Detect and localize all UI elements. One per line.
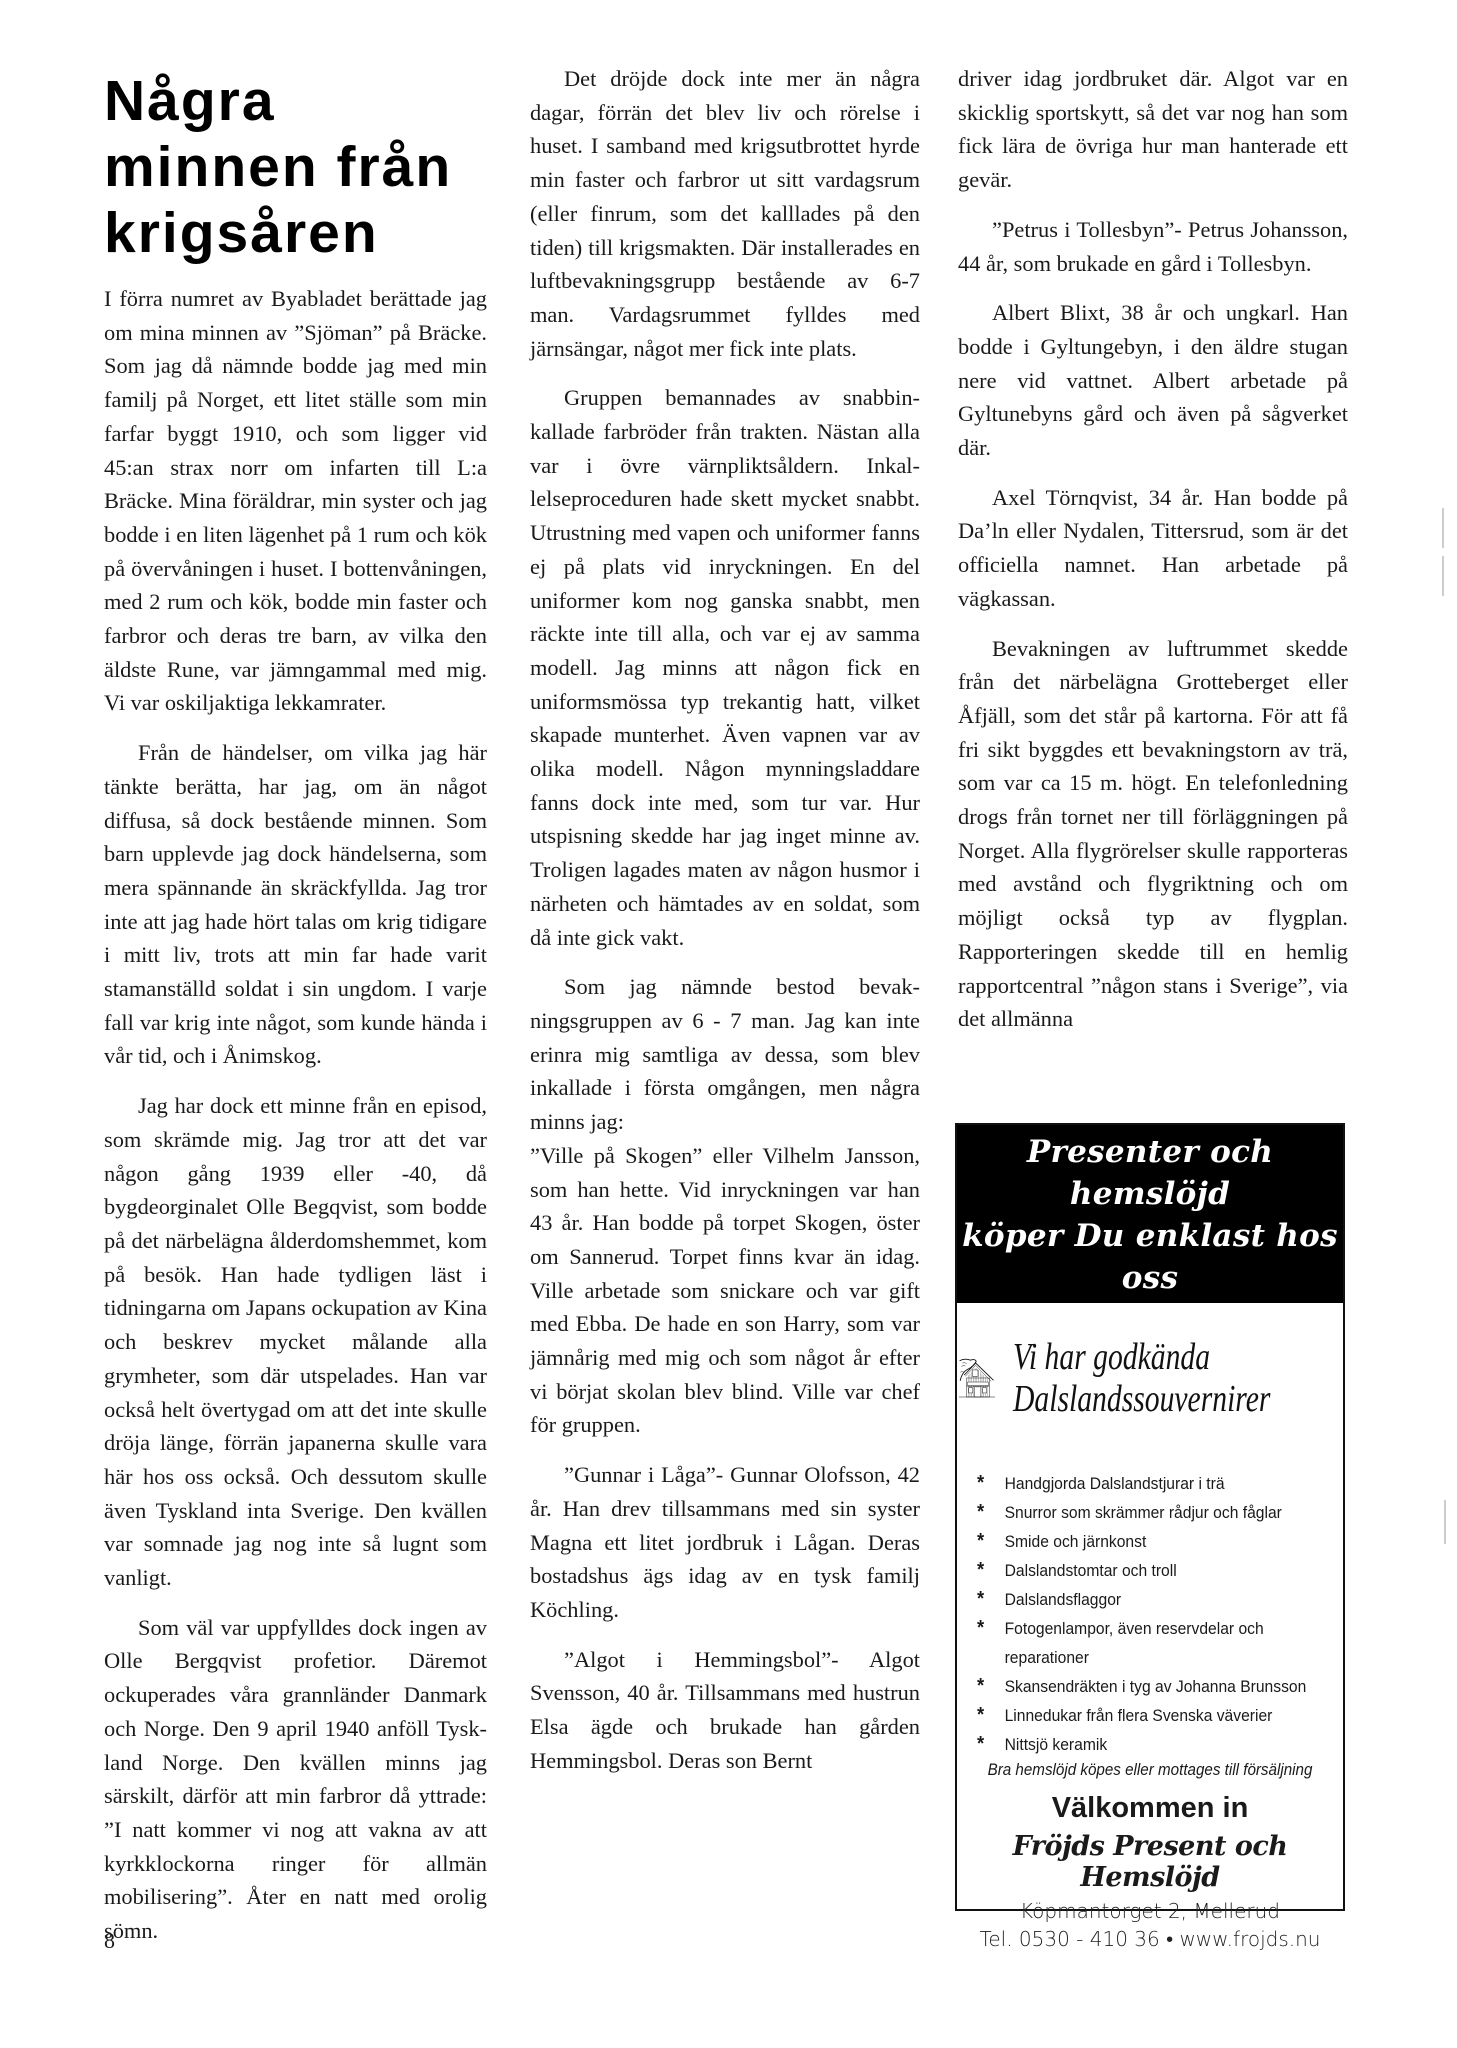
article-paragraph: Gruppen bemannades av snabbin­kallade fa…: [530, 381, 920, 954]
ad-product-label: Dalslandstomtar och troll: [1005, 1561, 1177, 1580]
asterisk-bullet-icon: *: [977, 1556, 984, 1585]
ad-top-row: Vi har godkända Dalslandssouvernirer: [957, 1303, 1343, 1453]
ad-product-label: Skansendräkten i tyg av Johanna Brunsson: [1005, 1677, 1307, 1696]
asterisk-bullet-icon: *: [977, 1498, 984, 1527]
advertisement-box: Presenter och hemslöjd köper Du enklast …: [955, 1123, 1345, 1911]
shop-house-illustration-icon: [959, 1308, 995, 1448]
ad-shop-name: Fröjds Present och Hemslöjd: [957, 1831, 1343, 1893]
article-column-1: Några minnen från krigsåren I förra numr…: [104, 62, 487, 1964]
scan-artifact: [1444, 1500, 1446, 1544]
asterisk-bullet-icon: *: [977, 1527, 984, 1556]
ad-product-label: Smide och järnkonst: [1005, 1532, 1147, 1551]
article-paragraph-continued: driver idag jordbruket där. Algot var en…: [958, 62, 1348, 197]
article-column-3: driver idag jordbruket där. Algot var en…: [958, 62, 1348, 1052]
ad-product-item: *Skansendräkten i tyg av Johanna Brunsso…: [977, 1672, 1336, 1701]
scan-artifact: [1442, 556, 1444, 596]
asterisk-bullet-icon: *: [977, 1730, 984, 1759]
ad-product-label: Nittsjö keramik: [1005, 1735, 1108, 1754]
ad-product-label: Handgjorda Dalslandstjurar i trä: [1005, 1474, 1225, 1493]
article-paragraph: ”Algot i Hemmingsbol”- Algot Svensson, 4…: [530, 1643, 920, 1778]
article-paragraph: Som väl var uppfylldes dock ingen av Oll…: [104, 1611, 487, 1948]
article-paragraph: Albert Blixt, 38 år och ungkarl. Han bod…: [958, 296, 1348, 465]
ad-product-list: *Handgjorda Dalslandstjurar i trä *Snurr…: [957, 1469, 1343, 1759]
article-paragraph: Det dröjde dock inte mer än några dagar,…: [530, 62, 920, 365]
article-paragraph: ”Petrus i Tollesbyn”- Petrus Johans­son,…: [958, 213, 1348, 280]
article-paragraph: Axel Törnqvist, 34 år. Han bodde på Da’l…: [958, 481, 1348, 616]
ad-headline-line-1: Presenter och hemslöjd: [957, 1131, 1343, 1215]
article-paragraph: Som jag nämnde bestod bevak­ningsgruppen…: [530, 970, 920, 1139]
ad-headline-line-2: köper Du enklast hos oss: [957, 1215, 1343, 1299]
article-paragraph: ”Gunnar i Låga”- Gunnar Olofsson, 42 år.…: [530, 1458, 920, 1627]
asterisk-bullet-icon: *: [977, 1672, 984, 1701]
ad-product-item: *Fotogenlampor, även reservdelar och rep…: [977, 1614, 1336, 1672]
ad-product-label: Dalslandsflaggor: [1005, 1590, 1122, 1609]
ad-address: Köpmantorget 2, Mellerud: [957, 1897, 1343, 1925]
asterisk-bullet-icon: *: [977, 1614, 984, 1643]
ad-product-item: *Linnedukar från flera Svenska väverier: [977, 1701, 1336, 1730]
ad-product-item: *Nittsjö keramik: [977, 1730, 1336, 1759]
ad-product-label: Snurror som skrämmer rådjur och fåglar: [1005, 1503, 1282, 1522]
scan-artifact: [1442, 508, 1444, 548]
article-paragraph: Jag har dock ett minne från en episod, s…: [104, 1089, 487, 1595]
ad-product-item: *Handgjorda Dalslandstjurar i trä: [977, 1469, 1336, 1498]
page-number: 8: [104, 1928, 115, 1954]
ad-welcome: Välkommen in: [957, 1792, 1343, 1825]
ad-headline: Presenter och hemslöjd köper Du enklast …: [957, 1125, 1343, 1303]
article-paragraph: Från de händelser, om vilka jag här tänk…: [104, 736, 487, 1073]
ad-slogan-line-1: Vi har godkända: [1013, 1336, 1270, 1378]
ad-product-item: *Snurror som skrämmer rådjur och fåglar: [977, 1498, 1336, 1527]
article-paragraph: I förra numret av Byabladet berättade ja…: [104, 282, 487, 720]
ad-product-label: Fotogenlampor, även reservdelar och repa…: [1005, 1619, 1264, 1667]
ad-note: Bra hemslöjd köpes eller mottages till f…: [972, 1761, 1327, 1780]
asterisk-bullet-icon: *: [977, 1701, 984, 1730]
asterisk-bullet-icon: *: [977, 1469, 984, 1498]
ad-product-item: *Dalslandsflaggor: [977, 1585, 1336, 1614]
asterisk-bullet-icon: *: [977, 1585, 984, 1614]
ad-product-label: Linnedukar från flera Svenska väverier: [1005, 1706, 1273, 1725]
ad-slogan: Vi har godkända Dalslandssouvernirer: [1013, 1336, 1270, 1420]
article-column-2: Det dröjde dock inte mer än några dagar,…: [530, 62, 920, 1793]
article-title: Några minnen från krigsåren: [104, 68, 487, 266]
ad-product-item: *Dalslandstomtar och troll: [977, 1556, 1336, 1585]
article-paragraph: ”Ville på Skogen” eller Vilhelm Jans­son…: [530, 1139, 920, 1442]
ad-contact: Tel. 0530 - 410 36 • www.frojds.nu: [957, 1925, 1343, 1953]
ad-slogan-line-2: Dalslandssouvernirer: [1013, 1378, 1270, 1420]
article-paragraph: Bevakningen av luftrummet skedde från de…: [958, 632, 1348, 1036]
ad-product-item: *Smide och järnkonst: [977, 1527, 1336, 1556]
